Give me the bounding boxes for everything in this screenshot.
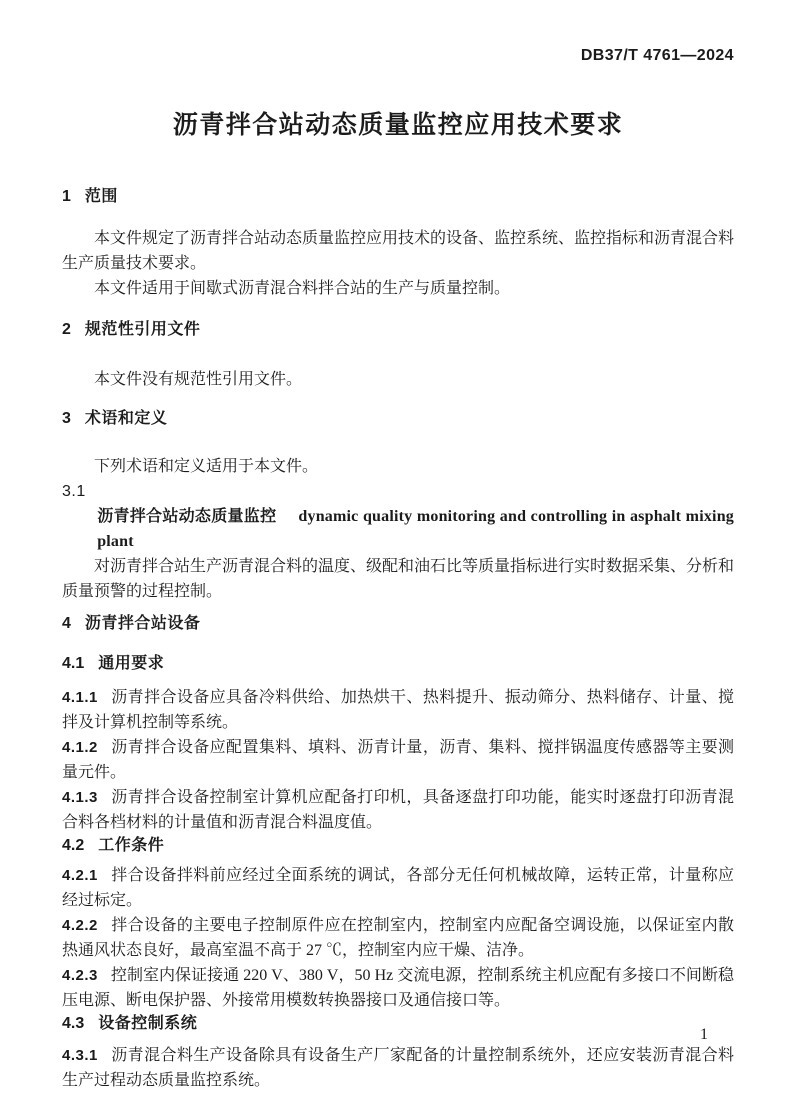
clause-number: 4.1.3 xyxy=(62,789,98,806)
section-number: 1 xyxy=(62,188,71,205)
clause-text: 拌合设备拌料前应经过全面系统的调试，各部分无任何机械故障，运转正常，计量称应经过… xyxy=(62,867,734,909)
clause: 4.2.2拌合设备的主要电子控制原件应在控制室内，控制室内应配备空调设施，以保证… xyxy=(62,913,734,963)
standard-code: DB37/T 4761—2024 xyxy=(62,46,734,65)
paragraph: 下列术语和定义适用于本文件。 xyxy=(62,454,734,479)
clause-number: 4.2.2 xyxy=(62,917,98,934)
term-number: 3.1 xyxy=(62,479,734,504)
clause: 4.3.1沥青混合料生产设备除具有设备生产厂家配备的计量控制系统外，还应安装沥青… xyxy=(62,1043,734,1093)
section-number: 4 xyxy=(62,615,71,632)
page-number: 1 xyxy=(700,1026,708,1044)
term-entry: 沥青拌合站动态质量监控dynamic quality monitoring an… xyxy=(62,504,734,554)
paragraph: 本文件适用于间歇式沥青混合料拌合站的生产与质量控制。 xyxy=(62,276,734,301)
document-page: DB37/T 4761—2024 沥青拌合站动态质量监控应用技术要求 1范围 本… xyxy=(0,0,790,1093)
subsection-title: 工作条件 xyxy=(98,837,164,854)
clause-text: 拌合设备的主要电子控制原件应在控制室内，控制室内应配备空调设施，以保证室内散热通… xyxy=(62,917,734,959)
section-number: 2 xyxy=(62,321,71,338)
clause-number: 4.1.2 xyxy=(62,739,98,756)
section-heading-terms: 3术语和定义 xyxy=(62,408,734,430)
clause-number: 4.1.1 xyxy=(62,689,98,706)
subsection-heading-working-conditions: 4.2工作条件 xyxy=(62,835,734,857)
section-title: 沥青拌合站设备 xyxy=(85,615,201,632)
clause: 4.1.2沥青拌合设备应配置集料、填料、沥青计量，沥青、集料、搅拌锅温度传感器等… xyxy=(62,735,734,785)
section-title: 规范性引用文件 xyxy=(85,321,201,338)
section-heading-scope: 1范围 xyxy=(62,186,734,208)
section-title: 术语和定义 xyxy=(85,410,168,427)
paragraph: 本文件没有规范性引用文件。 xyxy=(62,367,734,392)
clause-number: 4.2.1 xyxy=(62,867,98,884)
clause-number: 4.3.1 xyxy=(62,1047,98,1064)
page-content: DB37/T 4761—2024 沥青拌合站动态质量监控应用技术要求 1范围 本… xyxy=(0,0,790,1093)
subsection-heading-general: 4.1通用要求 xyxy=(62,653,734,675)
subsection-number: 4.1 xyxy=(62,655,84,672)
clause: 4.1.1沥青拌合设备应具备冷料供给、加热烘干、热料提升、振动筛分、热料储存、计… xyxy=(62,685,734,735)
clause-number: 4.2.3 xyxy=(62,967,98,984)
clause-text: 控制室内保证接通 220 V、380 V，50 Hz 交流电源，控制系统主机应配… xyxy=(62,967,734,1009)
section-heading-normative-references: 2规范性引用文件 xyxy=(62,319,734,341)
clause-text: 沥青混合料生产设备除具有设备生产厂家配备的计量控制系统外，还应安装沥青混合料生产… xyxy=(62,1047,734,1089)
term-definition: 对沥青拌合站生产沥青混合料的温度、级配和油石比等质量指标进行实时数据采集、分析和… xyxy=(62,554,734,604)
section-heading-equipment: 4沥青拌合站设备 xyxy=(62,613,734,635)
subsection-number: 4.2 xyxy=(62,837,84,854)
subsection-number: 4.3 xyxy=(62,1015,84,1032)
clause-text: 沥青拌合设备应具备冷料供给、加热烘干、热料提升、振动筛分、热料储存、计量、搅拌及… xyxy=(62,689,734,731)
document-title: 沥青拌合站动态质量监控应用技术要求 xyxy=(62,109,734,142)
subsection-title: 设备控制系统 xyxy=(98,1015,197,1032)
section-title: 范围 xyxy=(85,188,118,205)
clause: 4.1.3沥青拌合设备控制室计算机应配备打印机，具备逐盘打印功能，能实时逐盘打印… xyxy=(62,785,734,835)
clause-text: 沥青拌合设备控制室计算机应配备打印机，具备逐盘打印功能，能实时逐盘打印沥青混合料… xyxy=(62,789,734,831)
term-chinese: 沥青拌合站动态质量监控 xyxy=(97,508,276,525)
section-number: 3 xyxy=(62,410,71,427)
subsection-heading-control-system: 4.3设备控制系统 xyxy=(62,1013,734,1035)
paragraph: 本文件规定了沥青拌合站动态质量监控应用技术的设备、监控系统、监控指标和沥青混合料… xyxy=(62,226,734,276)
clause: 4.2.1拌合设备拌料前应经过全面系统的调试，各部分无任何机械故障，运转正常，计… xyxy=(62,863,734,913)
clause: 4.2.3控制室内保证接通 220 V、380 V，50 Hz 交流电源，控制系… xyxy=(62,963,734,1013)
clause-text: 沥青拌合设备应配置集料、填料、沥青计量，沥青、集料、搅拌锅温度传感器等主要测量元… xyxy=(62,739,734,781)
subsection-title: 通用要求 xyxy=(98,655,164,672)
